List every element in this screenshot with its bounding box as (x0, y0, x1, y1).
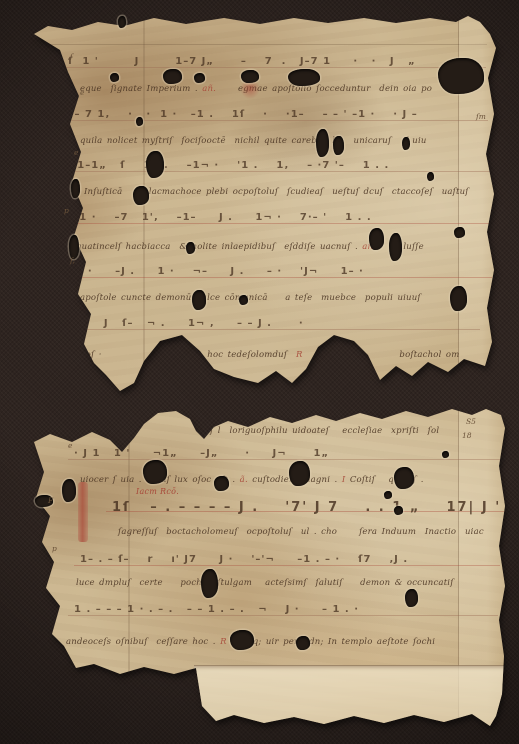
worm-hole (136, 117, 143, 126)
ink-text: ſagreſſuſ boctacholomeuſ ocpoſtoluſ ul .… (118, 527, 484, 537)
ink-text: quatincelſ hacbiacca & nolite inlaepidib… (76, 242, 362, 252)
upper-neume-line: – – 7 1‚ · · 1 · –1 . 1ſ · ·1– – – ' –1 … (64, 109, 484, 127)
upper-text-line: quila nolicet myſtriſ ſociſooctē nichil … (80, 136, 427, 146)
upper-text-line: uoſ · hoc tedeſolomduſ R boſtachol om (80, 350, 459, 360)
upper-neume-line: · 1–1„ ſ 17 . –1¬ · '1 . 1‚ – ·7 '– 1 . … (68, 160, 488, 178)
margin-mark: p (64, 206, 69, 215)
margin-mark: S5 (466, 417, 476, 426)
rubricated-text: ã. (240, 475, 253, 485)
neume-glyphs: J . J ſ– ¬ . 1¬ ‚ – – J . · (72, 318, 304, 329)
margin-mark: e (74, 148, 78, 157)
neume-glyphs: 1– . – ſ– r ı' J7 J · '–'¬ –1 . – · ſ7 ‚… (80, 554, 408, 565)
rubricated-text: I (342, 475, 350, 485)
lower-neume-line: · J 1 1 ' ¬1„ –J„ · J¬ 1„ (74, 448, 498, 466)
ink-text: quila nolicet myſtriſ ſociſooctē nichil … (80, 136, 427, 146)
upper-neume-line: –¬ · –J . 1 · ¬– J . – · 'J¬ 1– · (68, 266, 488, 284)
upper-text-line: apoſtole cuncte demonū dulce cōmunicā a … (80, 293, 421, 303)
margin-mark: e (80, 88, 84, 97)
worm-hole (405, 589, 418, 607)
lower-text-line: ſ l loriguoſphilu uidoateſ eccleſiae xpr… (210, 426, 439, 436)
staff-ruling-line (66, 329, 480, 330)
rubricated-text: Iacm Rcō. (136, 487, 179, 496)
worm-hole (62, 479, 76, 502)
worm-hole (296, 636, 310, 650)
worm-hole (402, 137, 410, 150)
worm-hole (450, 286, 467, 311)
margin-mark: ſ; (70, 256, 75, 265)
worm-hole (192, 290, 206, 310)
rubricated-text: añ. (202, 84, 220, 94)
worm-hole (454, 227, 465, 238)
worm-hole (133, 186, 149, 205)
margin-mark: e (68, 441, 72, 450)
staff-ruling-line (74, 565, 500, 566)
lower-neume-line: 1– . – ſ– r ı' J7 J · '–'¬ –1 . – · ſ7 ‚… (80, 554, 496, 572)
ink-text: uoſ · hoc tedeſolomduſ (80, 350, 296, 360)
staff-ruling-line (62, 67, 486, 68)
neume-glyphs: –¬ · –J . 1 · ¬– J . – · 'J¬ 1– · (68, 266, 364, 277)
ink-text: ſumq; uir peregdn; In templo aeſtote ſoc… (227, 637, 436, 647)
staff-ruling-line (58, 120, 488, 121)
rubricated-text: R (220, 637, 227, 647)
staff-ruling-line (62, 277, 492, 278)
neume-glyphs: 1ſ – . – – – – J . '7' J 7 . . 1 „ 17| J… (112, 500, 519, 515)
neume-glyphs: · 1–1„ ſ 17 . –1¬ · '1 . 1‚ – ·7 '– 1 . … (68, 160, 389, 171)
upper-neume-line: J . J ſ– ¬ . 1¬ ‚ – – J . · (72, 318, 476, 336)
parchment-surface-upper: ſ 1 ' J 1–7 J„ – 7 . J–7 1 · · J „eque ſ… (28, 14, 506, 400)
worm-hole (118, 16, 126, 28)
ink-text: andeoceſs oſnibuſ ceſſare hoc . (66, 637, 220, 647)
worm-hole (316, 129, 329, 157)
worm-hole (394, 467, 414, 489)
worm-hole (110, 73, 119, 82)
lower-rubric-line: Iacm Rcō. (136, 487, 179, 496)
upper-neume-line: · –1 · –7 1'‚ –1– J . 1¬ · 7·– ' 1 . . (64, 212, 490, 230)
worm-hole (201, 569, 218, 598)
staff-ruling-line (68, 615, 498, 616)
worm-hole (214, 476, 229, 491)
worm-hole (241, 70, 259, 83)
upper-fragment: ſ 1 ' J 1–7 J„ – 7 . J–7 1 · · J „eque ſ… (28, 14, 506, 400)
worm-hole (194, 73, 205, 83)
worm-hole (384, 491, 392, 499)
worm-hole (369, 228, 384, 250)
ink-text: ſ l loriguoſphilu uidoateſ eccleſiae xpr… (210, 426, 439, 436)
worm-hole (389, 233, 402, 261)
ink-text: luce dmpluſ certe poch deſtulgam acteſsi… (76, 578, 454, 588)
worm-hole (394, 506, 403, 515)
upper-neume-line: ſ 1 ' J 1–7 J„ – 7 . J–7 1 · · J „ (68, 56, 482, 74)
worm-hole (186, 242, 195, 254)
margin-mark: ſ (70, 52, 73, 61)
staff-ruling-line (58, 223, 494, 224)
worm-hole (289, 461, 310, 486)
worm-hole (427, 172, 434, 181)
manuscript-photo: ſ 1 ' J 1–7 J„ – 7 . J–7 1 · · J „eque ſ… (0, 0, 519, 744)
worm-hole (230, 630, 254, 650)
lower-neume-line: 1ſ – . – – – – J . '7' J 7 . . 1 „ 17| J… (112, 500, 502, 518)
worm-hole (438, 58, 484, 94)
worm-hole (163, 69, 182, 84)
folded-hem-flap (194, 665, 506, 730)
ink-text: e luſſe (381, 242, 424, 252)
neume-glyphs: – – 7 1‚ · · 1 · –1 . 1ſ · ·1– – – ' –1 … (64, 109, 418, 120)
neume-glyphs: ſ 1 ' J 1–7 J„ – 7 . J–7 1 · · J „ (68, 56, 416, 67)
margin-mark: F (48, 496, 53, 505)
lower-text-line: uiocer ſ uia . F uſ lux oſoc eſt . ã. cu… (80, 475, 424, 485)
worm-hole (239, 295, 248, 305)
worm-hole (442, 451, 449, 458)
lower-fragment: ſ l loriguoſphilu uidoateſ eccleſiae xpr… (24, 406, 508, 732)
neume-glyphs: · J 1 1 ' ¬1„ –J„ · J¬ 1„ (74, 448, 329, 459)
margin-mark: ſm (476, 112, 486, 121)
neume-glyphs: 1 . – – – 1 · . – . – – 1 . – . ¬ J · – … (74, 604, 359, 615)
margin-mark: p (52, 544, 57, 553)
ink-text: boſtachol om (303, 350, 460, 360)
red-initial-bar (78, 482, 88, 542)
neume-glyphs: · –1 · –7 1'‚ –1– J . 1¬ · 7·– ' 1 . . (64, 212, 372, 223)
worm-hole (146, 151, 164, 178)
worm-hole (71, 179, 80, 198)
lower-text-line: luce dmpluſ certe poch deſtulgam acteſsi… (76, 578, 454, 588)
staff-ruling-line (68, 459, 502, 460)
margin-mark: 18 (462, 431, 472, 440)
worm-hole (333, 136, 344, 155)
rubricated-text: R (296, 350, 303, 360)
ink-text: uiocer ſ uia . (80, 475, 146, 485)
parchment-surface-lower: ſ l loriguoſphilu uidoateſ eccleſiae xpr… (24, 406, 508, 732)
ink-text: apoſtole cuncte demonū dulce cōmunicā a … (80, 293, 421, 303)
worm-hole (288, 69, 320, 86)
lower-text-line: ſagreſſuſ boctacholomeuſ ocpoſtoluſ ul .… (118, 527, 484, 537)
worm-hole (143, 460, 167, 484)
fold-crease (47, 44, 487, 45)
ink-text: eque ſignate Imperium . (80, 84, 202, 94)
lower-neume-line: 1 . – – – 1 · . – . – – 1 . – . ¬ J · – … (74, 604, 494, 622)
